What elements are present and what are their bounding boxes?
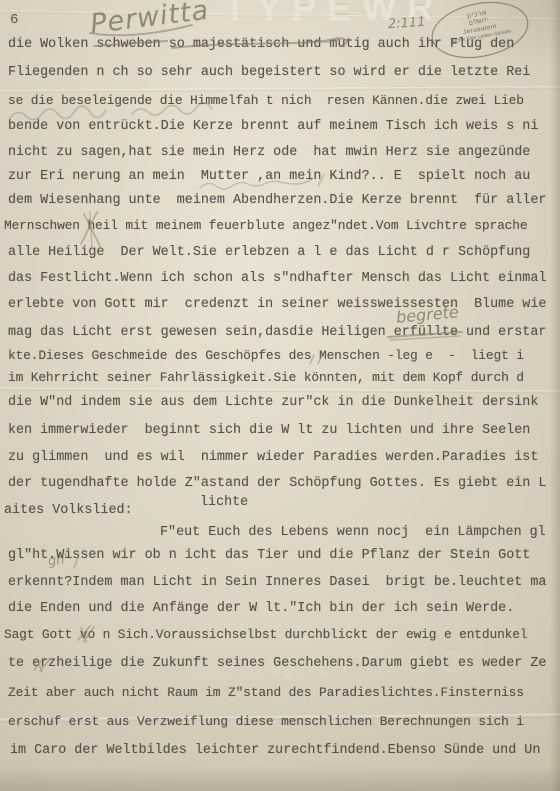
typed-line: die Wolken schweben so majestätisch und … <box>8 38 514 52</box>
corner-shading <box>440 0 560 70</box>
paper-watermark-top: TYPEWR <box>224 0 444 28</box>
typed-line: se die beseleigende die Himmelfah t nich… <box>8 94 524 108</box>
typed-line: zu glimmen und es wil nimmer wieder Para… <box>8 451 538 465</box>
typed-line: F"eut Euch des Lebens wenn nocj ein Lämp… <box>160 526 546 540</box>
paper-crease <box>0 388 560 394</box>
typed-line: Sagt Gott vo n Sich.Voraussichselbst dur… <box>4 628 527 642</box>
typed-line: zur Eri nerung an mein Mutter ,an mein K… <box>8 170 530 184</box>
page-number: 6 <box>10 12 18 28</box>
typed-line: lichte <box>200 496 248 510</box>
typed-line: gl"ht.Wissen wir ob n icht das Tier und … <box>8 549 530 563</box>
page-bottom-shadow <box>0 765 560 791</box>
typed-line: im Kehrricht seiner Fahrlässigkeit.Sie k… <box>8 371 524 385</box>
typed-line: erkennt?Indem man Licht in Sein Inneres … <box>8 576 546 590</box>
typed-line: alle Heilige Der Welt.Sie erlebzen a l e… <box>8 246 530 260</box>
typed-line: die W"nd indem sie aus dem Lichte zur"ck… <box>8 396 538 410</box>
manuscript-page: TYPEWR WRITING 6 Perwitta 2:111 begrete … <box>0 0 560 791</box>
typed-line: nicht zu sagen,hat sie mein Herz ode hat… <box>8 146 530 160</box>
typed-line: der tugendhafte holde Z"astand der Schöp… <box>8 477 546 491</box>
typed-line: te erzheilige die Zukunft seines Gescheh… <box>8 657 546 671</box>
handwritten-archive-number: 2:111 <box>388 15 426 33</box>
typed-line: aites Volkslied: <box>4 504 133 518</box>
typed-line: ken immerwieder beginnt sich die W lt zu… <box>8 424 530 438</box>
page-edge-shadow <box>550 0 560 791</box>
paper-crease <box>0 86 560 93</box>
typed-line: Zeit aber auch nicht Raum im Z"stand des… <box>8 686 524 700</box>
typed-line: das Festlicht.Wenn ich schon als s"ndhaf… <box>8 272 546 286</box>
typed-line: Mernschwen heil mit meinem feuerblute an… <box>4 219 527 233</box>
typed-line: erschuf erst aus Verzweiflung diese mens… <box>8 715 524 729</box>
typed-line: erlebte von Gott mir credenzt in seiner … <box>8 298 546 312</box>
typed-line: kte.Dieses Geschmeide des Geschöpfes des… <box>8 349 524 363</box>
typed-line: die Enden und die Anfänge der W lt."Ich … <box>8 602 514 616</box>
typed-line: mag das Licht erst gewesen sein,dasdie H… <box>8 326 546 340</box>
handwritten-title-word: Perwitta <box>89 0 211 40</box>
typed-line: dem Wiesenhang unte meinem Abendherzen.D… <box>8 194 546 208</box>
typed-line: bende von entrückt.Die Kerze brennt auf … <box>8 120 538 134</box>
typed-line: im Caro der Weltbildes leichter zurechtf… <box>10 744 540 758</box>
